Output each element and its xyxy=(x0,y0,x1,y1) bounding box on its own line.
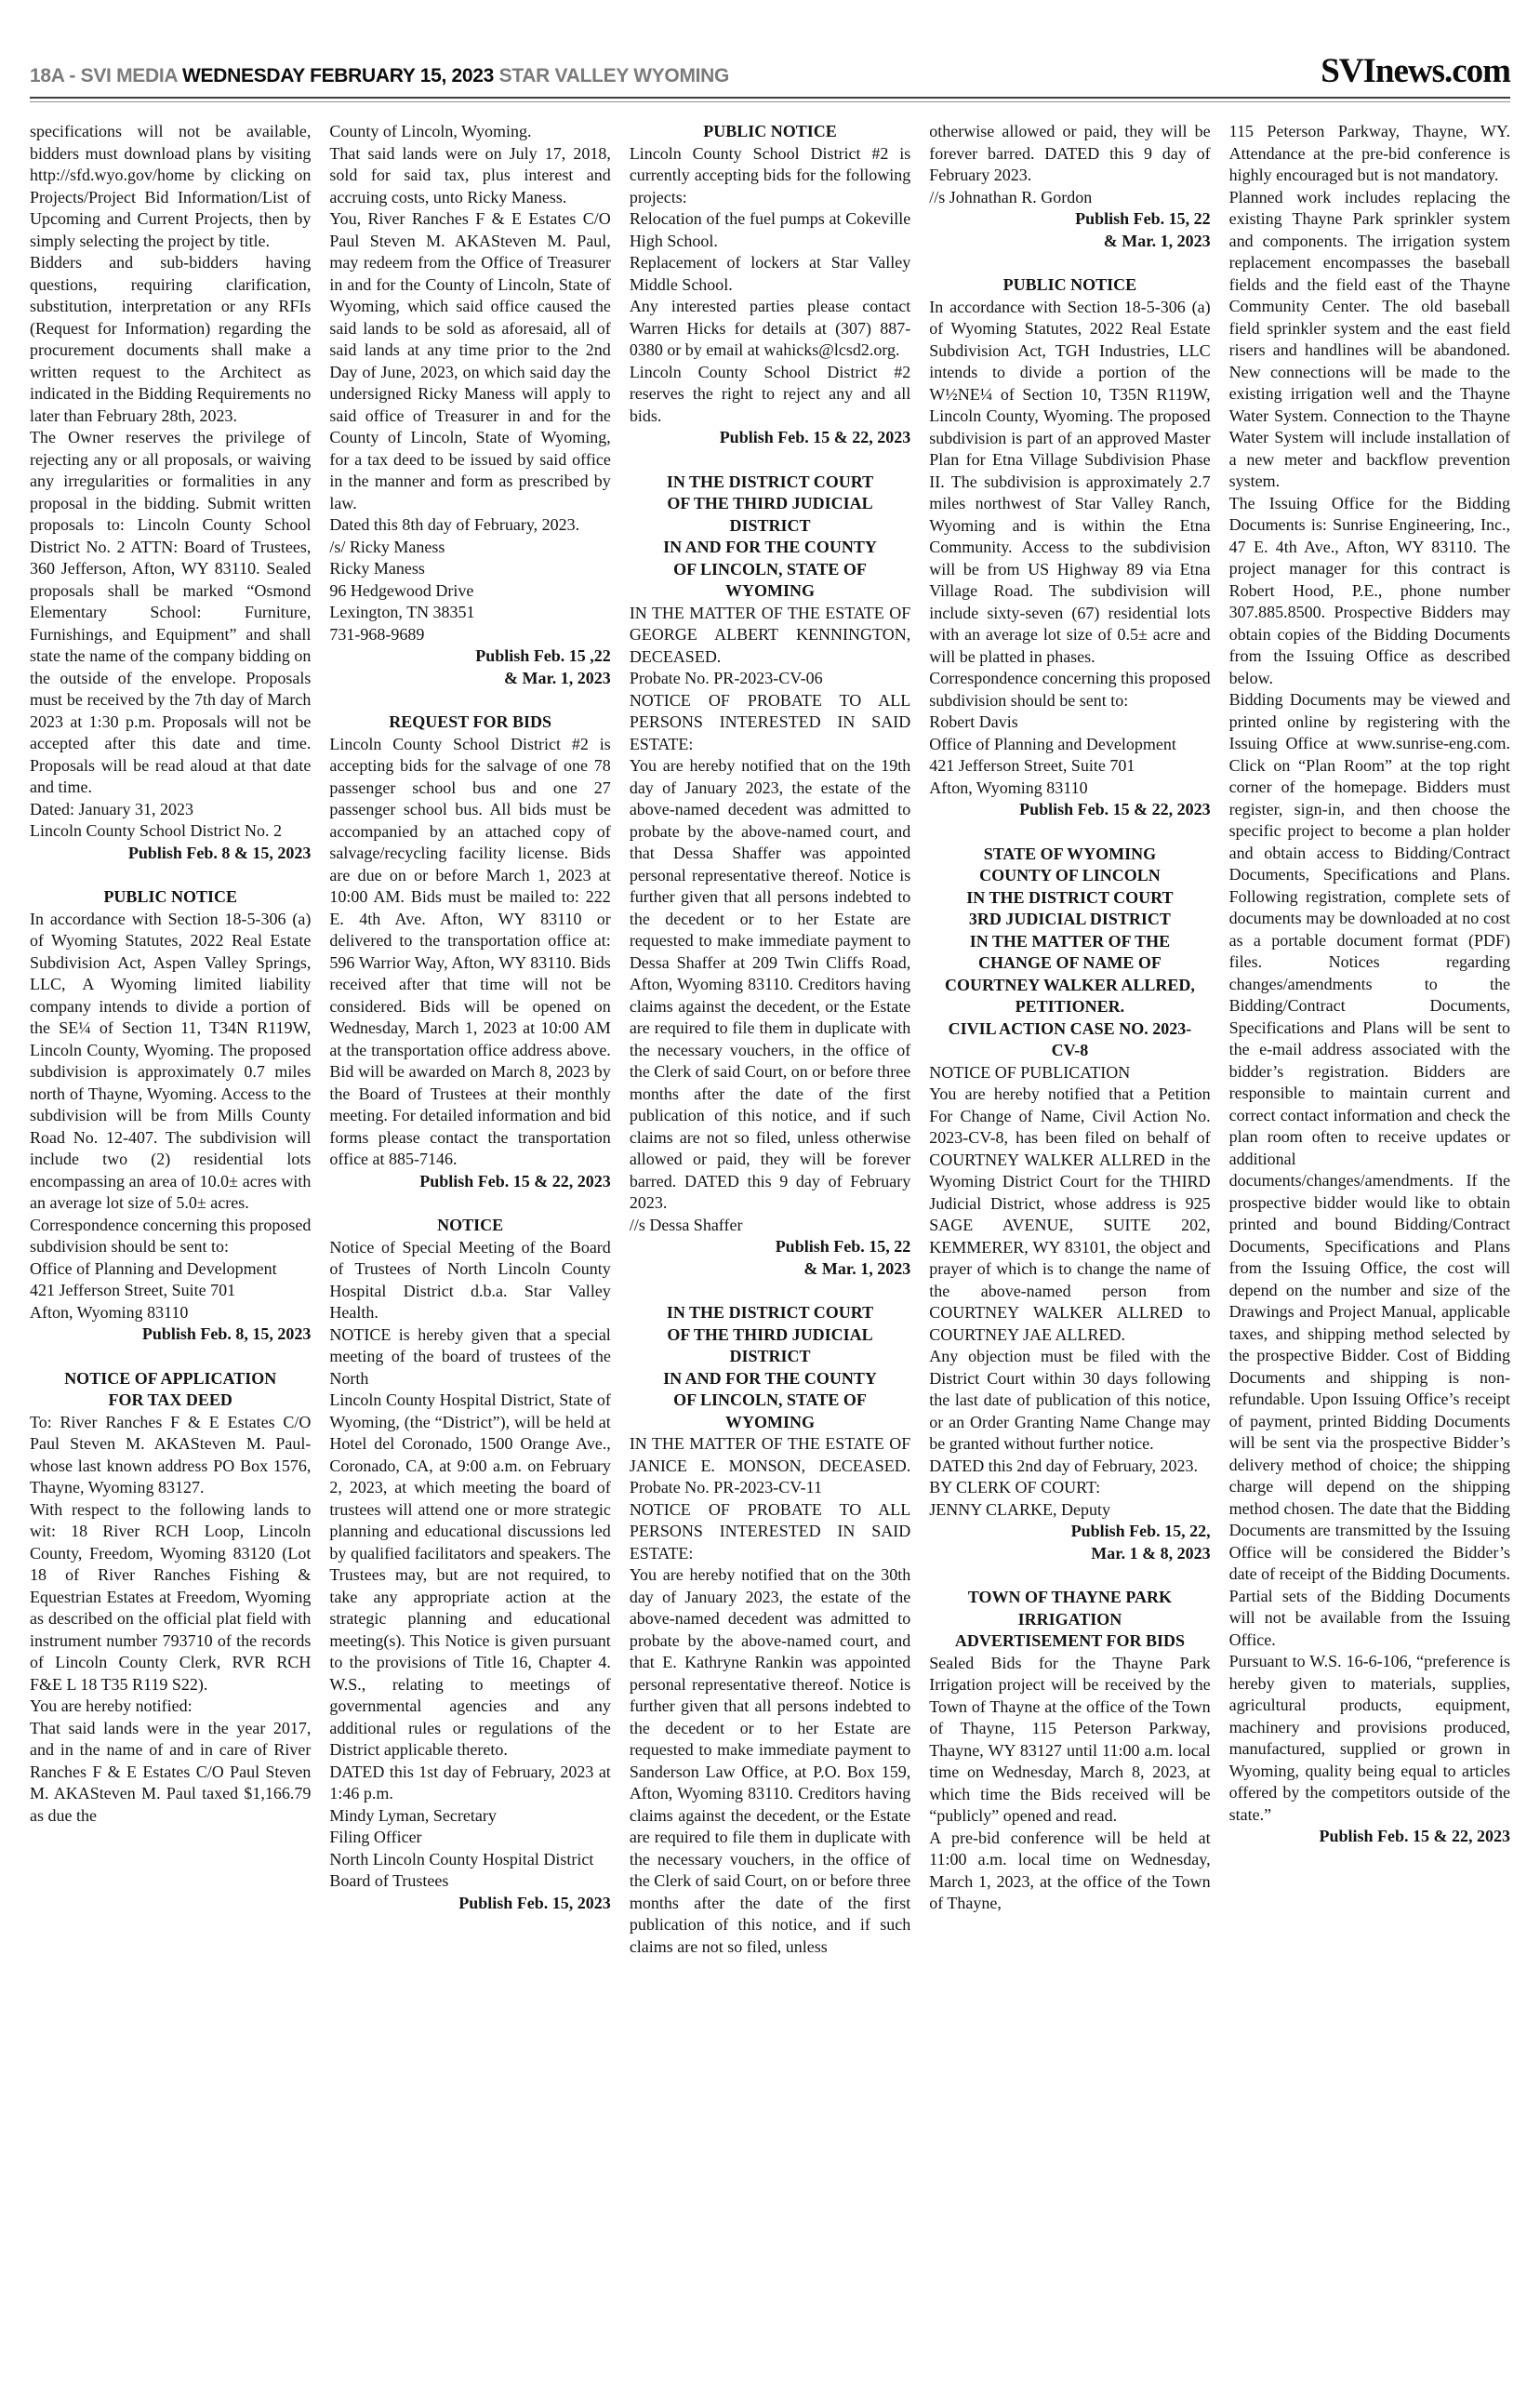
notice-paragraph: Lincoln County School District No. 2 xyxy=(30,820,311,843)
notice-paragraph: BY CLERK OF COURT: xyxy=(929,1477,1210,1499)
notice-heading: NOTICE OF APPLICATION FOR TAX DEED xyxy=(30,1368,311,1412)
notice-paragraph: Ricky Maness xyxy=(329,558,610,580)
notice-paragraph: /s/ Ricky Maness xyxy=(329,537,610,559)
notice-paragraph: //s Dessa Shaffer xyxy=(630,1215,910,1237)
notice-paragraph: Any objection must be filed with the Dis… xyxy=(929,1346,1210,1456)
masthead-date: WEDNESDAY FEBRUARY 15, 2023 xyxy=(182,65,494,86)
header-rule xyxy=(30,97,1510,102)
notice-paragraph: Dated: January 31, 2023 xyxy=(30,799,311,821)
publish-line: Publish Feb. 8 & 15, 2023 xyxy=(30,843,311,865)
notice-paragraph: With respect to the following lands to w… xyxy=(30,1499,311,1696)
notice-paragraph: 96 Hedgewood Drive xyxy=(329,580,610,603)
publish-line: Publish Feb. 15, 2023 xyxy=(329,1893,610,1915)
notice-paragraph: specifications will not be available, bi… xyxy=(30,121,311,252)
notice-column-3: PUBLIC NOTICELincoln County School Distr… xyxy=(630,121,910,1958)
notice-paragraph: Dated this 8th day of February, 2023. xyxy=(329,514,610,537)
notice-paragraph: IN THE MATTER OF THE ESTATE OF GEORGE AL… xyxy=(630,603,910,669)
notice-paragraph: That said lands were in the year 2017, a… xyxy=(30,1718,311,1828)
notice-heading: PUBLIC NOTICE xyxy=(30,886,311,909)
publish-line: Publish Feb. 15 & 22, 2023 xyxy=(329,1171,610,1193)
notice-paragraph: Afton, Wyoming 83110 xyxy=(30,1302,311,1324)
notice-paragraph: IN THE MATTER OF THE ESTATE OF JANICE E.… xyxy=(630,1433,910,1499)
publish-line: Publish Feb. 15 & 22, 2023 xyxy=(929,799,1210,821)
notice-paragraph: You are hereby notified that on the 19th… xyxy=(630,755,910,1215)
notice-paragraph: Afton, Wyoming 83110 xyxy=(929,778,1210,800)
notice-paragraph: You are hereby notified: xyxy=(30,1696,311,1718)
notice-paragraph: NOTICE OF PROBATE TO ALL PERSONS INTERES… xyxy=(630,690,910,756)
publish-line: Publish Feb. 15, 22 & Mar. 1, 2023 xyxy=(929,208,1210,252)
notice-paragraph: Robert Davis xyxy=(929,712,1210,734)
notice-paragraph: NOTICE is hereby given that a special me… xyxy=(329,1324,610,1390)
notice-heading: NOTICE xyxy=(329,1215,610,1237)
publish-line: Publish Feb. 15 & 22, 2023 xyxy=(1229,1826,1510,1848)
notice-heading: REQUEST FOR BIDS xyxy=(329,712,610,734)
publish-line: Publish Feb. 8, 15, 2023 xyxy=(30,1324,311,1346)
notice-paragraph: County of Lincoln, Wyoming. xyxy=(329,121,610,143)
notice-paragraph: Lincoln County Hospital District, State … xyxy=(329,1390,610,1762)
notice-heading: STATE OF WYOMING COUNTY OF LINCOLN IN TH… xyxy=(929,844,1210,1062)
notice-paragraph: Office of Planning and Development xyxy=(929,734,1210,756)
notice-paragraph: DATED this 1st day of February, 2023 at … xyxy=(329,1762,610,1805)
notice-paragraph: Any interested parties please contact Wa… xyxy=(630,296,910,362)
notice-paragraph: Lincoln County School District #2 is cur… xyxy=(630,143,910,209)
notice-paragraph: NOTICE OF PUBLICATION xyxy=(929,1062,1210,1084)
notice-paragraph: That said lands were on July 17, 2018, s… xyxy=(329,143,610,209)
notice-paragraph: Filing Officer xyxy=(329,1827,610,1849)
newspaper-page: 18A - SVI MEDIA WEDNESDAY FEBRUARY 15, 2… xyxy=(0,0,1540,2381)
notice-heading: PUBLIC NOTICE xyxy=(929,274,1210,297)
notice-heading: IN THE DISTRICT COURT OF THE THIRD JUDIC… xyxy=(630,472,910,603)
masthead-left: 18A - SVI MEDIA WEDNESDAY FEBRUARY 15, 2… xyxy=(30,65,729,87)
notice-heading: PUBLIC NOTICE xyxy=(630,121,910,143)
notice-paragraph: Correspondence concerning this proposed … xyxy=(30,1215,311,1258)
notice-paragraph: Bidding Documents may be viewed and prin… xyxy=(1229,689,1510,1651)
notice-paragraph: You, River Ranches F & E Estates C/O Pau… xyxy=(329,208,610,514)
notices-area: specifications will not be available, bi… xyxy=(30,121,1510,1958)
notice-paragraph: NOTICE OF PROBATE TO ALL PERSONS INTERES… xyxy=(630,1499,910,1565)
notice-paragraph: In accordance with Section 18-5-306 (a) … xyxy=(929,297,1210,669)
notice-paragraph: You are hereby notified that a Petition … xyxy=(929,1084,1210,1346)
notice-paragraph: 421 Jefferson Street, Suite 701 xyxy=(929,755,1210,778)
notice-column-1: specifications will not be available, bi… xyxy=(30,121,311,1958)
notice-paragraph: Relocation of the fuel pumps at Cokevill… xyxy=(630,208,910,252)
notice-column-4: otherwise allowed or paid, they will be … xyxy=(929,121,1210,1958)
notice-paragraph: //s Johnathan R. Gordon xyxy=(929,187,1210,209)
notice-paragraph: The Issuing Office for the Bidding Docum… xyxy=(1229,493,1510,690)
notice-heading: IN THE DISTRICT COURT OF THE THIRD JUDIC… xyxy=(630,1302,910,1433)
notice-paragraph: otherwise allowed or paid, they will be … xyxy=(929,121,1210,187)
notice-paragraph: 115 Peterson Parkway, Thayne, WY. Attend… xyxy=(1229,121,1510,187)
notice-paragraph: You are hereby notified that on the 30th… xyxy=(630,1564,910,1958)
notice-paragraph: Pursuant to W.S. 16-6-106, “preference i… xyxy=(1229,1651,1510,1826)
masthead-region: STAR VALLEY WYOMING xyxy=(499,65,729,86)
notice-paragraph: Board of Trustees xyxy=(329,1870,610,1893)
notice-column-2: County of Lincoln, Wyoming.That said lan… xyxy=(329,121,610,1958)
notice-paragraph: Mindy Lyman, Secretary xyxy=(329,1805,610,1828)
notice-paragraph: Office of Planning and Development xyxy=(30,1258,311,1281)
notice-paragraph: Sealed Bids for the Thayne Park Irrigati… xyxy=(929,1653,1210,1828)
publish-line: Publish Feb. 15, 22 & Mar. 1, 2023 xyxy=(630,1236,910,1280)
notice-paragraph: Correspondence concerning this proposed … xyxy=(929,668,1210,712)
notice-paragraph: Lexington, TN 38351 xyxy=(329,602,610,624)
notice-paragraph: Planned work includes replacing the exis… xyxy=(1229,187,1510,493)
notice-paragraph: In accordance with Section 18-5-306 (a) … xyxy=(30,909,311,1215)
publish-line: Publish Feb. 15 & 22, 2023 xyxy=(630,427,910,449)
notice-paragraph: North Lincoln County Hospital District xyxy=(329,1849,610,1871)
page-label: 18A - SVI MEDIA xyxy=(30,65,177,86)
notice-column-5: 115 Peterson Parkway, Thayne, WY. Attend… xyxy=(1229,121,1510,1958)
masthead: 18A - SVI MEDIA WEDNESDAY FEBRUARY 15, 2… xyxy=(30,54,1510,88)
notice-paragraph: To: River Ranches F & E Estates C/O Paul… xyxy=(30,1412,311,1499)
notice-paragraph: Notice of Special Meeting of the Board o… xyxy=(329,1237,610,1324)
notice-paragraph: JENNY CLARKE, Deputy xyxy=(929,1499,1210,1522)
notice-paragraph: 421 Jefferson Street, Suite 701 xyxy=(30,1280,311,1302)
notice-paragraph: A pre-bid conference will be held at 11:… xyxy=(929,1828,1210,1915)
notice-paragraph: Lincoln County School District #2 is acc… xyxy=(329,734,610,1171)
notice-paragraph: Replacement of lockers at Star Valley Mi… xyxy=(630,252,910,296)
notice-heading: TOWN OF THAYNE PARK IRRIGATION ADVERTISE… xyxy=(929,1587,1210,1653)
notice-paragraph: Lincoln County School District #2 reserv… xyxy=(630,362,910,428)
notice-paragraph: Bidders and sub-bidders having questions… xyxy=(30,252,311,427)
notice-paragraph: The Owner reserves the privilege of reje… xyxy=(30,427,311,799)
site-name: SVInews.com xyxy=(1321,54,1510,88)
publish-line: Publish Feb. 15, 22, Mar. 1 & 8, 2023 xyxy=(929,1521,1210,1564)
notice-paragraph: 731-968-9689 xyxy=(329,624,610,646)
notice-paragraph: Probate No. PR-2023-CV-06 xyxy=(630,668,910,690)
publish-line: Publish Feb. 15 ,22 & Mar. 1, 2023 xyxy=(329,645,610,689)
notice-paragraph: DATED this 2nd day of February, 2023. xyxy=(929,1456,1210,1478)
